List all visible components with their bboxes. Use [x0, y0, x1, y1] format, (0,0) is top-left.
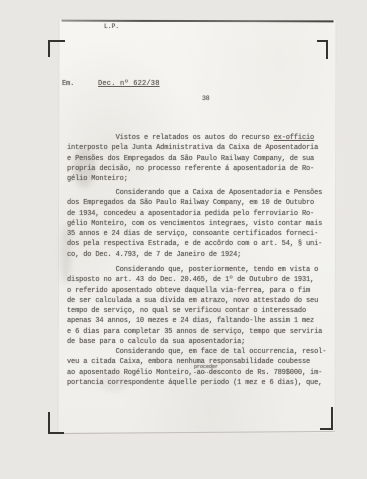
paragraph-vistos-rest: interposto pela Junta Administrativa da …	[67, 144, 318, 183]
crop-mark-bottom-right-icon	[320, 407, 333, 430]
corner-label: L.P.	[104, 22, 119, 32]
margin-label: Em.	[62, 79, 74, 89]
photo-backdrop: L.P. Em. Dec. nº 622/38 38 Vistos e rela…	[0, 0, 367, 479]
typed-insertion-above-line: proceder	[194, 362, 218, 373]
case-number: Dec. nº 622/38	[98, 79, 160, 89]
paragraph-vistos-text: Vistos e relatados os autos do recurso	[67, 134, 274, 142]
ex-officio-underlined: ex-officio	[274, 134, 315, 142]
paragraph-considerando-1: Considerando que a Caixa de Aposentadori…	[67, 188, 333, 260]
document-bottom-edge	[58, 428, 334, 434]
document-top-edge	[62, 20, 334, 23]
crop-mark-top-right-icon	[317, 40, 328, 59]
crop-mark-top-left-icon	[48, 40, 65, 57]
paragraph-vistos: Vistos e relatados os autos do recurso e…	[67, 133, 333, 184]
crop-mark-bottom-left-icon	[48, 412, 64, 434]
paragraph-considerando-2: Considerando que, posteriormente, tendo …	[67, 265, 333, 347]
page-number: 38	[202, 94, 210, 104]
